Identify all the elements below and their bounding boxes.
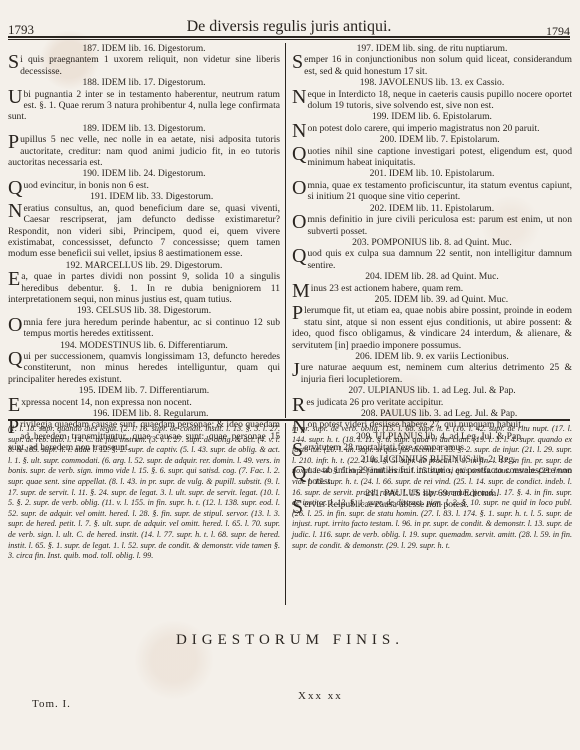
law-heading: 205. IDEM lib. 39. ad Quint. Muc.: [292, 294, 572, 305]
law-heading: 204. IDEM lib. 28. ad Quint. Muc.: [292, 271, 572, 282]
law-text: Pupillus 5 nec velle, nec nolle in ea ae…: [8, 134, 280, 168]
law-text: Res judicata 26 pro veritate accipitur.: [292, 397, 572, 408]
law-text: Minus 23 est actionem habere, quam rem.: [292, 283, 572, 294]
law-text: Quod quis ex culpa sua damnum 22 sentit,…: [292, 248, 572, 271]
law-heading: 188. IDEM lib. 17. Digestorum.: [8, 77, 280, 88]
drop-initial: E: [8, 272, 20, 286]
law-heading: 200. IDEM lib. 7. Epistolarum.: [292, 134, 572, 145]
drop-initial: N: [292, 90, 306, 104]
law-text: Ubi pugnantia 2 inter se in testamento h…: [8, 89, 280, 123]
law-text: Ea, quae in partes dividi non possint 9,…: [8, 271, 280, 305]
drop-initial: P: [292, 306, 303, 320]
law-heading: 197. IDEM lib. sing. de ritu nuptiarum.: [292, 43, 572, 54]
law-text: Omnis definitio in jure civili periculos…: [292, 214, 572, 237]
law-text: Omnia, quae ex testamento proficiscuntur…: [292, 180, 572, 203]
law-text: Quoties nihil sine captione investigari …: [292, 146, 572, 169]
left-column: 187. IDEM lib. 16. Digestorum.Si quis pr…: [8, 43, 280, 454]
drop-initial: S: [292, 55, 303, 69]
colophon: DIGESTORUM FINIS.: [0, 632, 580, 649]
header-rule: [8, 36, 570, 38]
footnotes-right: in pr. supr. de verb. oblig. (15. l. 68.…: [292, 424, 572, 551]
page-header: 1793 De diversis regulis juris antiqui. …: [8, 18, 570, 38]
running-title: De diversis regulis juris antiqui.: [8, 18, 570, 36]
footnote-column-divider: [285, 423, 286, 605]
drop-initial: N: [292, 124, 306, 138]
footnote-rule: [8, 419, 570, 421]
drop-initial: R: [292, 398, 305, 412]
law-text: Neratius consultus, an, quod beneficium …: [8, 203, 280, 260]
drop-initial: Q: [292, 147, 306, 161]
law-heading: 196. IDEM lib. 8. Regularum.: [8, 408, 280, 419]
drop-initial: J: [292, 363, 300, 377]
drop-initial: Q: [8, 181, 22, 195]
footnotes-left: (1. l. 18. supr. quando dies legat. (2. …: [8, 424, 280, 562]
book-page: 1793 De diversis regulis juris antiqui. …: [0, 0, 580, 750]
law-heading: 206. IDEM lib. 9. ex variis Lectionibus.: [292, 351, 572, 362]
law-heading: 202. IDEM lib. 11. Epistolarum.: [292, 203, 572, 214]
drop-initial: Q: [8, 352, 22, 366]
law-heading: 199. IDEM lib. 6. Epistolarum.: [292, 111, 572, 122]
signature-mark: Xxx xx: [298, 690, 343, 702]
drop-initial: N: [8, 204, 22, 218]
law-text: Expressa nocent 14, non expressa non noc…: [8, 397, 280, 408]
law-text: Omnia fere jura heredum perinde habentur…: [8, 317, 280, 340]
drop-initial: O: [292, 181, 306, 195]
drop-initial: O: [8, 318, 22, 332]
law-heading: 193. CELSUS lib. 38. Digestorum.: [8, 305, 280, 316]
law-text: Non potest dolo carere, qui imperio magi…: [292, 123, 572, 134]
drop-initial: O: [292, 215, 306, 229]
drop-initial: M: [292, 284, 310, 298]
volume-mark: Tom. I.: [32, 698, 71, 710]
law-text: Neque in Interdicto 18, neque in caeteri…: [292, 89, 572, 112]
law-text: Qui per successionem, quamvis longissima…: [8, 351, 280, 385]
law-text: Si quis praegnantem 1 uxorem reliquit, n…: [8, 54, 280, 77]
law-heading: 190. IDEM lib. 24. Digestorum.: [8, 168, 280, 179]
law-heading: 203. POMPONIUS lib. 8. ad Quint. Muc.: [292, 237, 572, 248]
law-heading: 191. IDEM lib. 33. Digestorum.: [8, 191, 280, 202]
column-divider: [285, 43, 286, 418]
law-heading: 189. IDEM lib. 13. Digestorum.: [8, 123, 280, 134]
header-rule-thin: [8, 39, 570, 40]
law-heading: 195. IDEM lib. 7. Differentiarum.: [8, 385, 280, 396]
law-heading: 201. IDEM lib. 10. Epistolarum.: [292, 168, 572, 179]
drop-initial: P: [8, 135, 19, 149]
drop-initial: Q: [292, 249, 306, 263]
drop-initial: U: [8, 90, 22, 104]
law-heading: 192. MARCELLUS lib. 29. Digestorum.: [8, 260, 280, 271]
law-text: Plerumque fit, ut etiam ea, quae nobis a…: [292, 305, 572, 351]
law-heading: 194. MODESTINUS lib. 6. Differentiarum.: [8, 340, 280, 351]
law-text: Quod evincitur, in bonis non 6 est.: [8, 180, 280, 191]
law-text: Semper 16 in conjunctionibus non solum q…: [292, 54, 572, 77]
drop-initial: E: [8, 398, 20, 412]
law-heading: 208. PAULUS lib. 3. ad Leg. Jul. & Pap.: [292, 408, 572, 419]
drop-initial: S: [8, 55, 19, 69]
law-heading: 207. ULPIANUS lib. 1. ad Leg. Jul. & Pap…: [292, 385, 572, 396]
law-heading: 198. JAVOLENUS lib. 13. ex Cassio.: [292, 77, 572, 88]
law-heading: 187. IDEM lib. 16. Digestorum.: [8, 43, 280, 54]
law-text: Jure naturae aequum est, neminem cum alt…: [292, 362, 572, 385]
